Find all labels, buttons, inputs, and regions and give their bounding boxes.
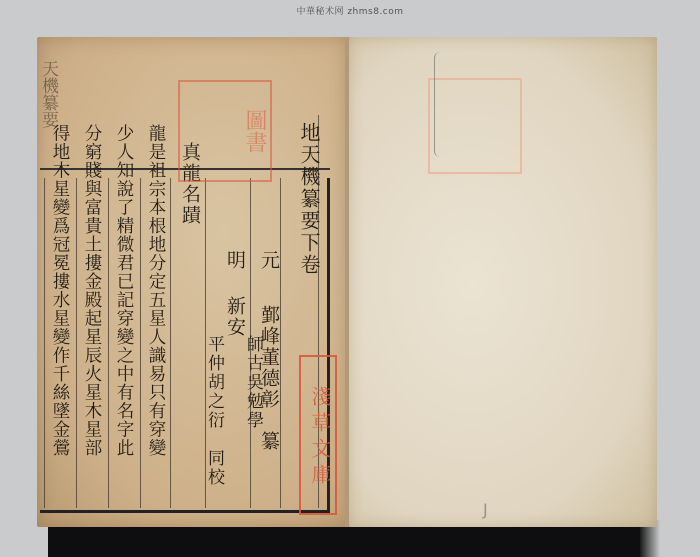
watermark: 中華秘术网 zhms8.com — [0, 4, 700, 17]
pencil-line — [434, 52, 449, 157]
editor-2-column: 平仲胡之衍 同校 — [203, 335, 225, 487]
editor-1-column: 師古吳勉學 — [242, 335, 264, 430]
body-column-3: 分窮賤與富貴土摟金殿起星辰火星木星部 — [81, 124, 103, 457]
pencil-mark: J — [483, 500, 488, 519]
column-rule — [44, 178, 45, 508]
table-shadow — [48, 525, 648, 557]
place-column: 新安 — [222, 296, 248, 338]
column-rule — [140, 178, 141, 508]
column-rule — [170, 178, 171, 508]
bottom-seal-stamp: 淺草文庫 — [299, 355, 337, 515]
column-rule — [108, 178, 109, 508]
body-column-2: 少人知說了精微君已記穿變之中有名字此 — [113, 124, 135, 457]
column-rule — [76, 178, 77, 508]
body-column-4: 得地木星變爲冠冕摟水星變作千絲墜金鶯 — [49, 124, 71, 457]
left-page-edge-text: 天機纂要 — [36, 60, 61, 128]
dynasty-ming: 明 — [222, 250, 248, 271]
title-column: 地天機纂要下卷 — [296, 122, 322, 276]
dynasty-yuan: 元 — [256, 250, 282, 271]
body-column-1: 龍是祖宗本根地分定五星人識易只有穿變 — [145, 124, 167, 457]
top-seal-stamp: 圖書 — [178, 80, 272, 182]
